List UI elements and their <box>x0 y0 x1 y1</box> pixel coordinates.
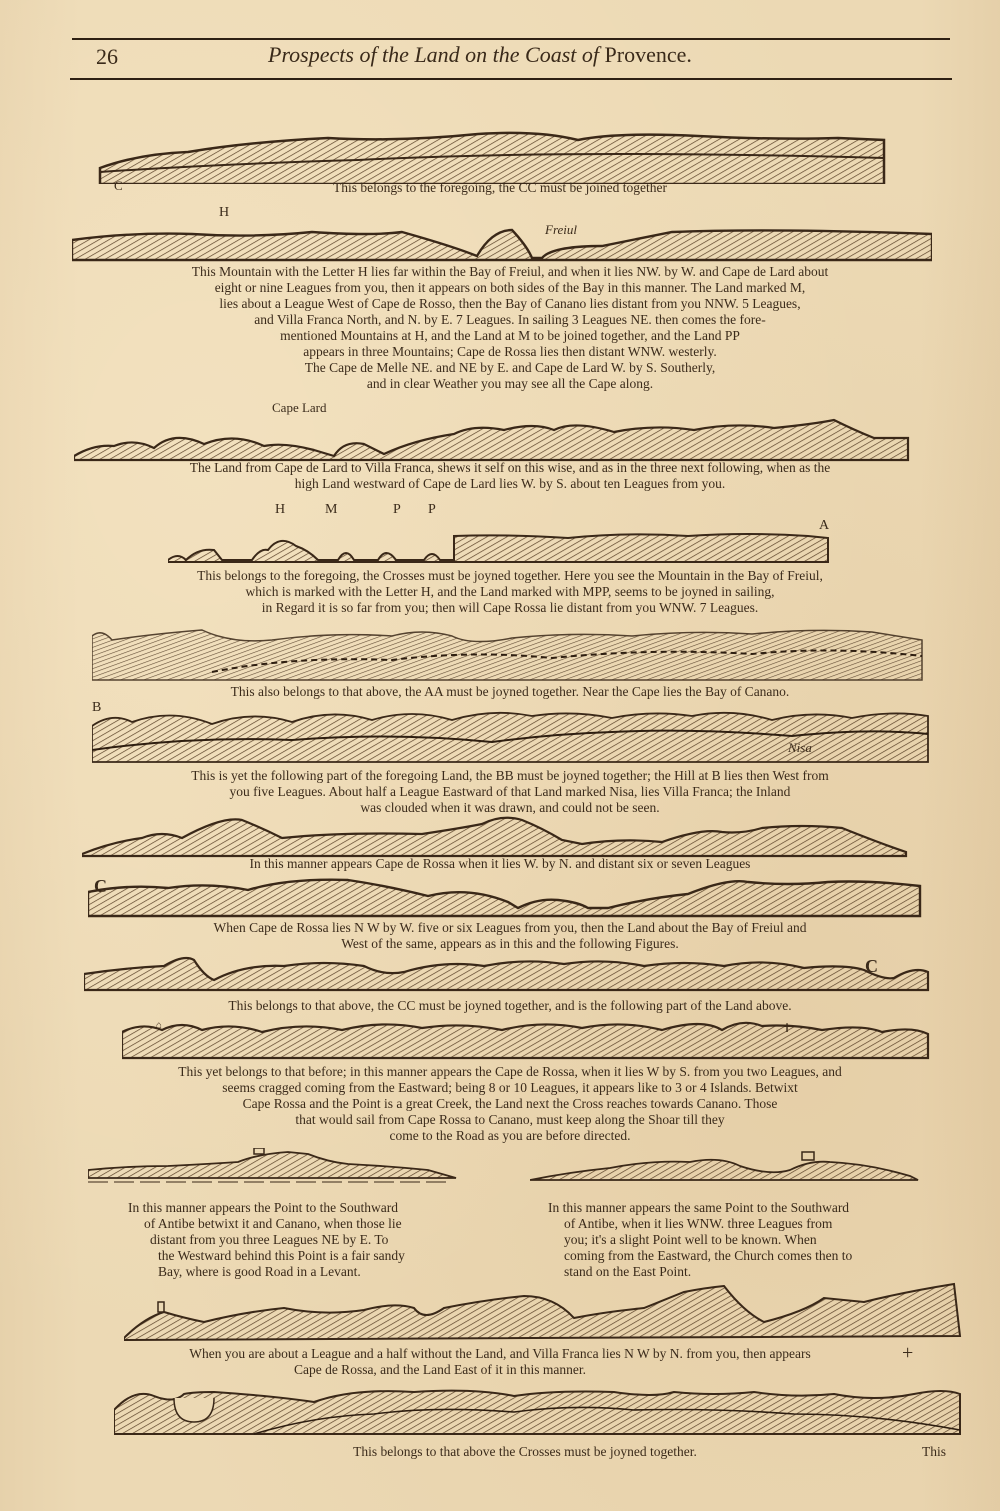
caption-10: This yet belongs to that before; in this… <box>100 1064 920 1144</box>
marker-p2: P <box>428 502 436 518</box>
coastal-profile-10: ⌂ ✝ <box>122 1016 930 1060</box>
cross-mark: + <box>902 1342 913 1365</box>
book-page: 26 Prospects of the Land on the Coast of… <box>0 0 1000 1511</box>
caption-line: Bay, where is good Road in a Levant. <box>128 1264 418 1280</box>
svg-text:⌂: ⌂ <box>156 1020 162 1031</box>
place-nisa: Nisa <box>788 740 812 756</box>
caption-3: The Land from Cape de Lard to Villa Fran… <box>100 460 920 492</box>
caption-line: you; it's a slight Point well to be know… <box>548 1232 908 1248</box>
caption-line: stand on the East Point. <box>548 1264 908 1280</box>
page-title-region: Provence. <box>605 42 692 67</box>
coastal-profile-1 <box>98 128 888 184</box>
caption-9: This belongs to that above, the CC must … <box>100 998 920 1014</box>
caption-6: This is yet the following part of the fo… <box>100 768 920 816</box>
caption-8: When Cape de Rossa lies N W by W. five o… <box>100 920 920 952</box>
caption-line: Cape Rossa and the Point is a great Cree… <box>100 1096 920 1112</box>
caption-12: In this manner appears the same Point to… <box>548 1200 908 1280</box>
coastal-profile-14 <box>114 1386 962 1438</box>
caption-line: which is marked with the Letter H, and t… <box>100 584 920 600</box>
header-rule-top <box>72 38 950 40</box>
caption-line: distant from you three Leagues NE by E. … <box>128 1232 418 1248</box>
caption-line: that would sail from Cape Rossa to Canan… <box>100 1112 920 1128</box>
caption-line: In this manner appears the same Point to… <box>548 1200 908 1216</box>
caption-line: high Land westward of Cape de Lard lies … <box>100 476 920 492</box>
caption-line: This belongs to the foregoing, the Cross… <box>100 568 920 584</box>
caption-14: This belongs to that above the Crosses m… <box>130 1444 920 1460</box>
caption-1: This belongs to the foregoing, the CC mu… <box>100 180 900 196</box>
caption-line: of Antibe, when it lies WNW. three Leagu… <box>548 1216 908 1232</box>
marker-h: H <box>219 205 229 221</box>
coastal-profile-4 <box>168 530 832 564</box>
caption-line: This yet belongs to that before; in this… <box>100 1064 920 1080</box>
caption-line: When Cape de Rossa lies N W by W. five o… <box>100 920 920 936</box>
caption-2: This Mountain with the Letter H lies far… <box>100 264 920 392</box>
caption-line: seems cragged coming from the Eastward; … <box>100 1080 920 1096</box>
caption-line: This Mountain with the Letter H lies far… <box>100 264 920 280</box>
caption-line: of Antibe betwixt it and Canano, when th… <box>128 1216 418 1232</box>
caption-line: the Westward behind this Point is a fair… <box>128 1248 418 1264</box>
header-rule-bottom <box>70 78 952 80</box>
cross-icon: ✝ <box>782 1021 792 1035</box>
caption-line: lies about a League West of Cape de Ross… <box>100 296 920 312</box>
coastal-profile-2 <box>72 226 932 262</box>
caption-line: Cape de Rossa, and the Land East of it i… <box>100 1362 900 1378</box>
page-title-italic: Prospects of the Land on the Coast of <box>268 42 599 67</box>
coastal-profile-5 <box>92 626 926 682</box>
caption-line: in Regard it is so far from you; then wi… <box>100 600 920 616</box>
coastal-profile-3 <box>74 416 910 462</box>
marker-h2: H <box>275 502 285 518</box>
caption-line: come to the Road as you are before direc… <box>100 1128 920 1144</box>
page-title: Prospects of the Land on the Coast of Pr… <box>268 42 692 68</box>
place-cape-lard: Cape Lard <box>272 400 327 416</box>
catchword: This <box>922 1444 946 1460</box>
caption-7: In this manner appears Cape de Rossa whe… <box>90 856 910 872</box>
coastal-profile-11 <box>88 1148 458 1188</box>
caption-line: coming from the Eastward, the Church com… <box>548 1248 908 1264</box>
coastal-profile-9 <box>84 950 930 992</box>
coastal-profile-13 <box>124 1282 964 1342</box>
caption-line: and Villa Franca North, and N. by E. 7 L… <box>100 312 920 328</box>
caption-4: This belongs to the foregoing, the Cross… <box>100 568 920 616</box>
coastal-profile-8 <box>88 876 922 918</box>
caption-line: The Land from Cape de Lard to Villa Fran… <box>100 460 920 476</box>
marker-p1: P <box>393 502 401 518</box>
caption-line: appears in three Mountains; Cape de Ross… <box>100 344 920 360</box>
caption-line: and in clear Weather you may see all the… <box>100 376 920 392</box>
coastal-profile-7 <box>82 814 908 858</box>
caption-line: eight or nine Leagues from you, then it … <box>100 280 920 296</box>
caption-line: This is yet the following part of the fo… <box>100 768 920 784</box>
caption-line: mentioned Mountains at H, and the Land a… <box>100 328 920 344</box>
caption-line: you five Leagues. About half a League Ea… <box>100 784 920 800</box>
caption-11: In this manner appears the Point to the … <box>128 1200 418 1280</box>
caption-5: This also belongs to that above, the AA … <box>100 684 920 700</box>
marker-m: M <box>325 502 337 518</box>
caption-line: The Cape de Melle NE. and NE by E. and C… <box>100 360 920 376</box>
page-number: 26 <box>96 44 118 70</box>
marker-c3: C <box>865 956 878 977</box>
coastal-profile-12 <box>530 1150 920 1188</box>
caption-13: When you are about a League and a half w… <box>100 1346 900 1378</box>
caption-line: In this manner appears the Point to the … <box>128 1200 418 1216</box>
caption-line: When you are about a League and a half w… <box>100 1346 900 1362</box>
